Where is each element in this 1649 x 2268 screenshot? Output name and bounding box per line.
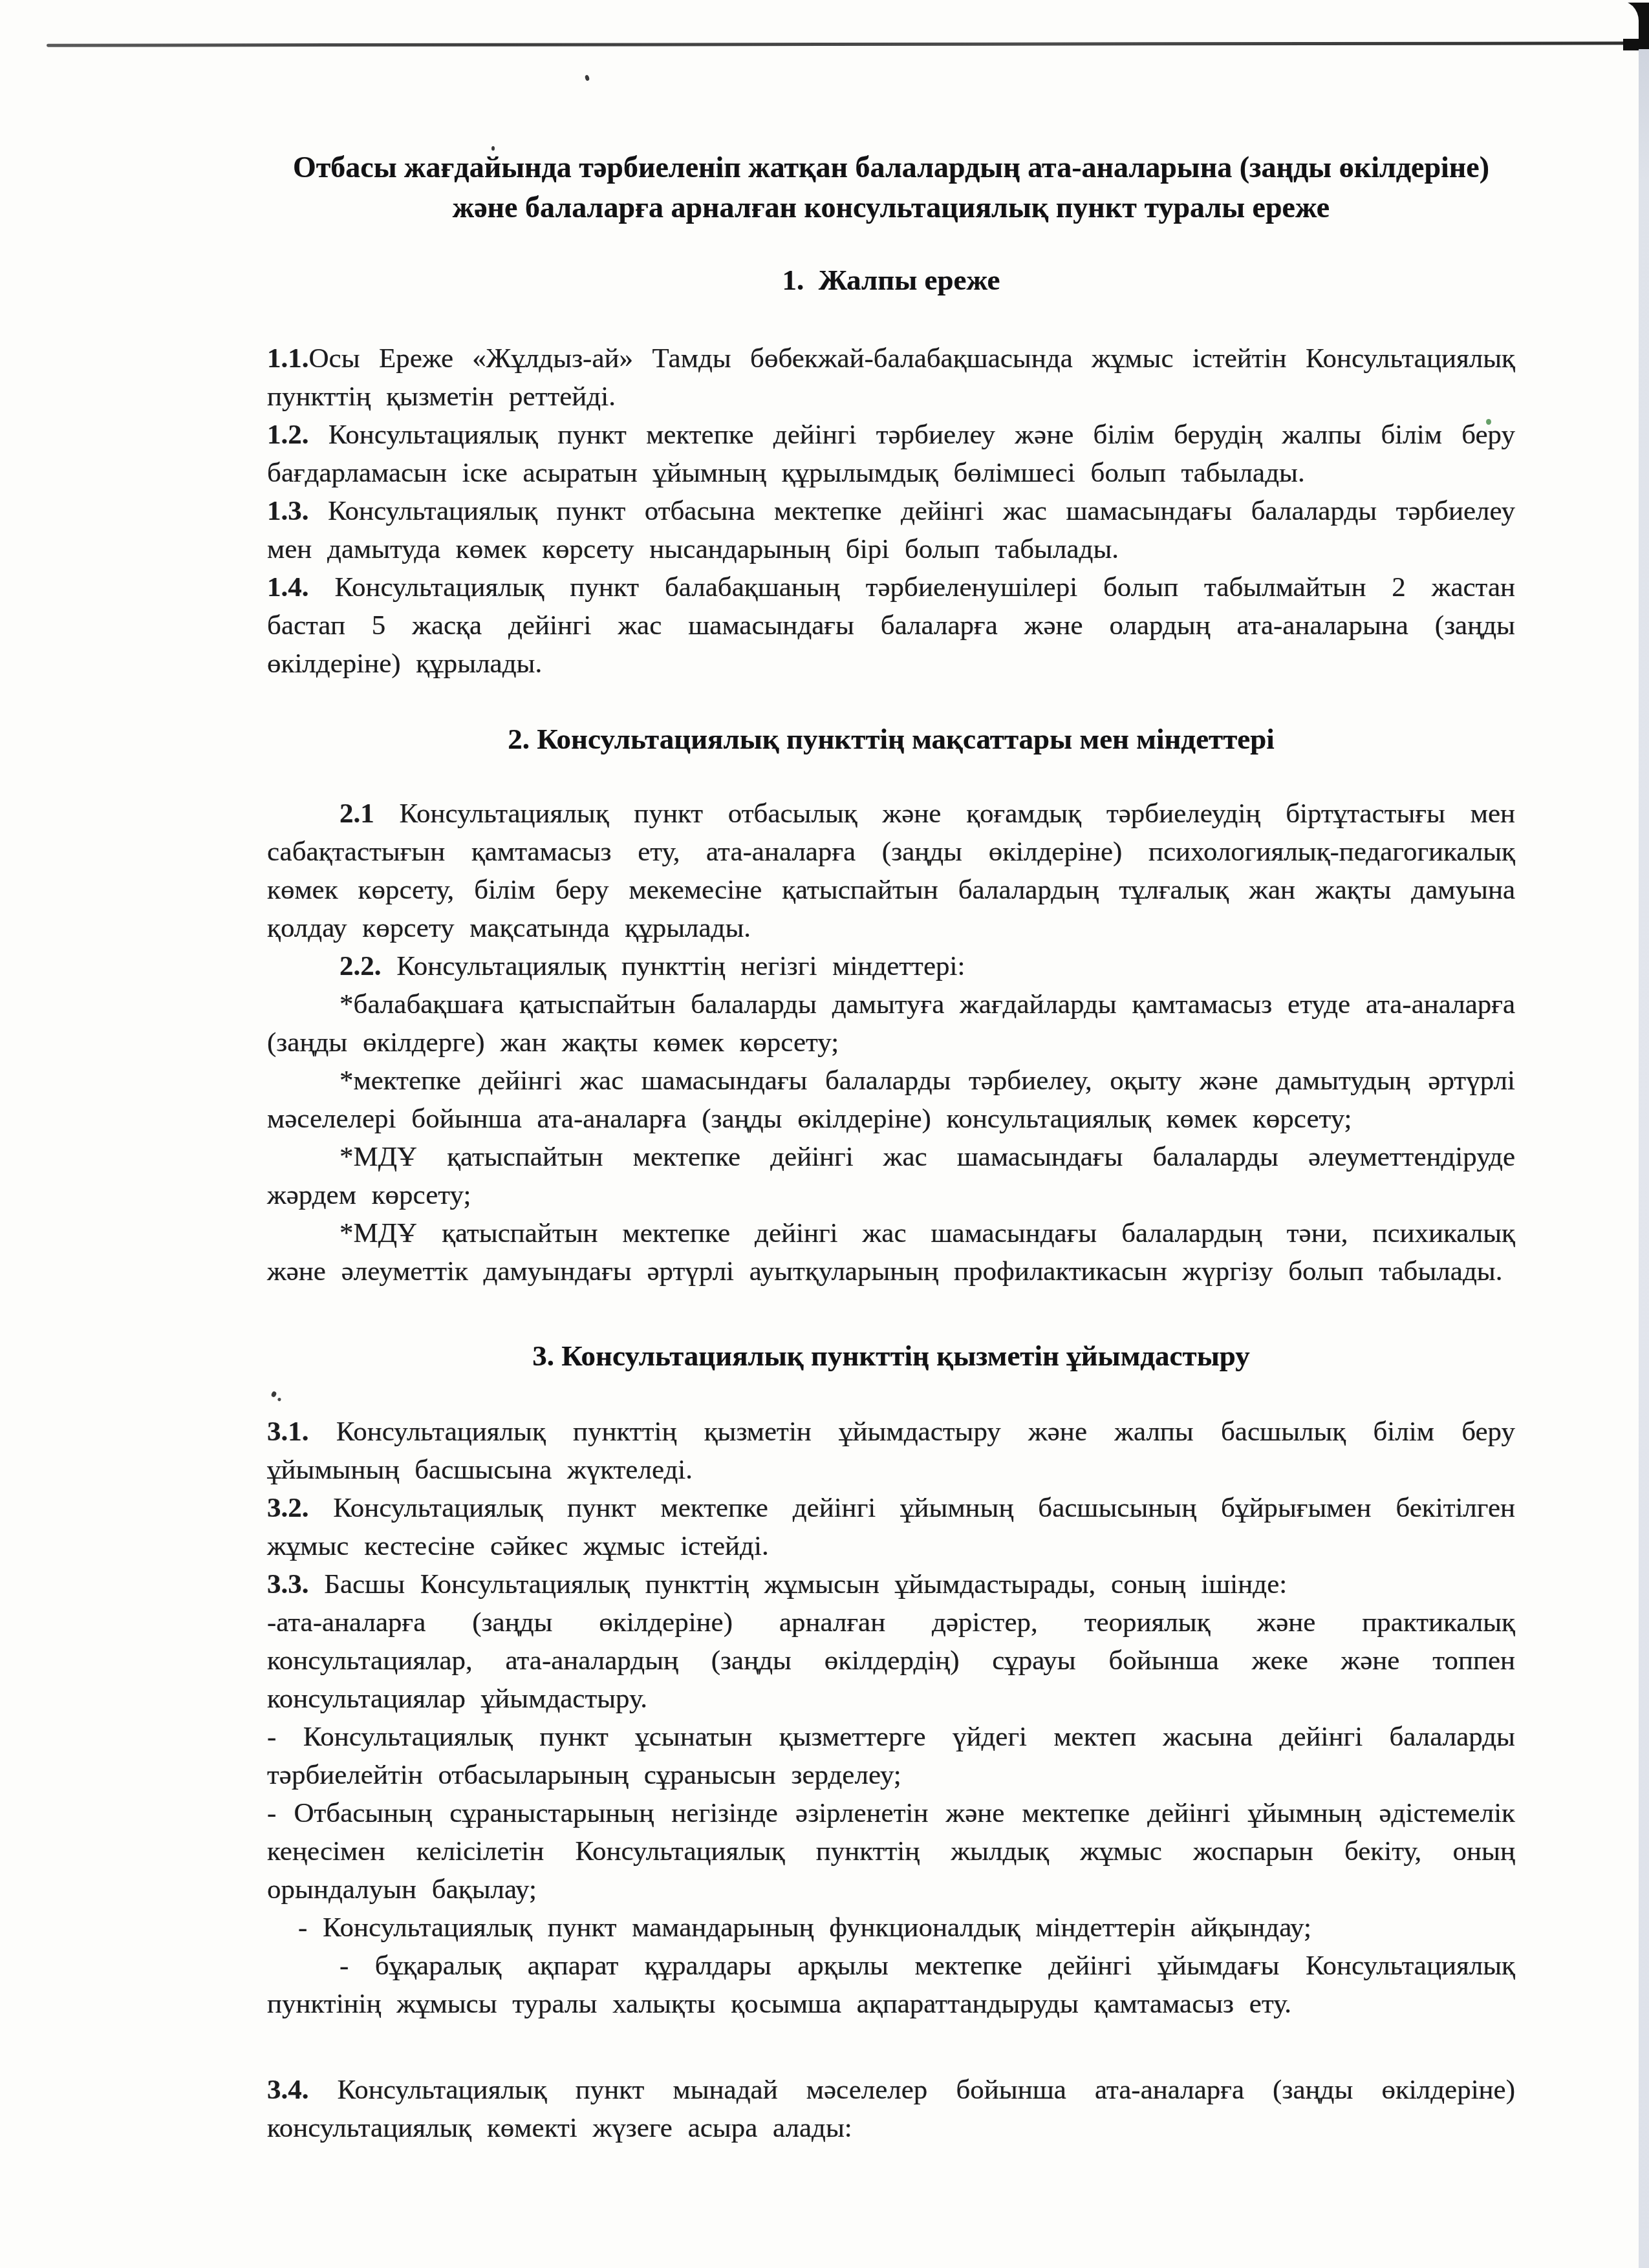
section-2-heading: 2. Консультациялық пункттің мақсаттары м… — [267, 720, 1515, 758]
clause-text: Басшы Консультациялық пункттің жұмысын ұ… — [309, 1569, 1288, 1599]
clause-text: Консультациялық пункт отбасына мектепке … — [267, 496, 1515, 564]
clause-text: Консультациялық пункт мынадай мәселелер … — [267, 2075, 1515, 2143]
clause-2-2: 2.2. Консультациялық пункттің негізгі мі… — [267, 947, 1515, 985]
section-1-heading: 1. Жалпы ереже — [267, 261, 1515, 299]
clause-1-1: 1.1.Осы Ереже «Жұлдыз-ай» Тамды бөбекжай… — [267, 339, 1515, 416]
clause-number: 1.2. — [267, 420, 309, 450]
dash-item: - бұқаралық ақпарат құралдары арқылы мек… — [267, 1947, 1515, 2023]
clause-number: 2.1 — [339, 798, 374, 829]
clause-number: 2.2. — [339, 951, 382, 981]
document-content: Отбасы жағдайында тәрбиеленіп жатқан бал… — [267, 0, 1515, 2147]
clause-text: Консультациялық пункт мектепке дейінгі т… — [267, 420, 1515, 488]
dash-item: -ата-аналарға (заңды өкілдеріне) арналға… — [267, 1603, 1515, 1718]
clause-3-1: 3.1. Консультациялық пункттің қызметін ұ… — [267, 1413, 1515, 1489]
clause-text: - Отбасының сұраныстарының негізінде әзі… — [267, 1798, 1515, 1905]
clause-text: Консультациялық пункт отбасылық және қоғ… — [267, 798, 1515, 943]
scan-artifact-corner-white — [1596, 0, 1639, 39]
clause-text: *мектепке дейінгі жас шамасындағы балала… — [267, 1065, 1515, 1134]
clause-number: 3.4. — [267, 2075, 309, 2105]
clause-1-2: 1.2. Консультациялық пункт мектепке дейі… — [267, 416, 1515, 492]
document-title: Отбасы жағдайында тәрбиеленіп жатқан бал… — [286, 147, 1496, 228]
clause-text: Консультациялық пункт мектепке дейінгі ұ… — [267, 1493, 1515, 1561]
section-3-heading: 3. Консультациялық пункттің қызметін ұйы… — [267, 1337, 1515, 1375]
clause-text: *МДҰ қатыспайтын мектепке дейінгі жас ша… — [267, 1218, 1515, 1287]
clause-text: Консультациялық пункт балабақшаның тәрби… — [267, 572, 1515, 679]
clause-2-1: 2.1 Консультациялық пункт отбасылық және… — [267, 795, 1515, 947]
clause-3-2: 3.2. Консультациялық пункт мектепке дейі… — [267, 1489, 1515, 1565]
clause-3-3: 3.3. Басшы Консультациялық пункттің жұмы… — [267, 1565, 1515, 1603]
dash-item: - Консультациялық пункт ұсынатын қызметт… — [267, 1718, 1515, 1794]
dash-item: - Консультациялық пункт мамандарының фун… — [267, 1909, 1515, 1947]
clause-number: 3.3. — [267, 1569, 309, 1599]
clause-text: Осы Ереже «Жұлдыз-ай» Тамды бөбекжай-бал… — [267, 343, 1515, 412]
clause-text: - бұқаралық ақпарат құралдары арқылы мек… — [267, 1951, 1515, 2019]
clause-text: - Консультациялық пункт ұсынатын қызметт… — [267, 1722, 1515, 1790]
clause-number: 3.1. — [267, 1417, 309, 1447]
clause-number: 1.1. — [267, 343, 309, 374]
bullet-item: *МДҰ қатыспайтын мектепке дейінгі жас ша… — [267, 1214, 1515, 1290]
clause-text: Консультациялық пункттің қызметін ұйымда… — [267, 1417, 1515, 1485]
clause-text: *МДҰ қатыспайтын мектепке дейінгі жас ша… — [267, 1142, 1515, 1210]
bullet-item: *мектепке дейінгі жас шамасындағы балала… — [267, 1062, 1515, 1138]
bullet-item: *МДҰ қатыспайтын мектепке дейінгі жас ша… — [267, 1138, 1515, 1214]
dash-item: - Отбасының сұраныстарының негізінде әзі… — [267, 1794, 1515, 1909]
clause-text: - Консультациялық пункт мамандарының фун… — [298, 1912, 1311, 1943]
clause-number: 1.4. — [267, 572, 309, 603]
scan-artifact-edge-strip — [1639, 49, 1649, 2268]
clause-number: 1.3. — [267, 496, 309, 526]
clause-text: -ата-аналарға (заңды өкілдеріне) арналға… — [267, 1607, 1515, 1714]
clause-1-3: 1.3. Консультациялық пункт отбасына мект… — [267, 492, 1515, 568]
clause-text: *балабақшаға қатыспайтын балаларды дамыт… — [267, 989, 1515, 1058]
clause-1-4: 1.4. Консультациялық пункт балабақшаның … — [267, 568, 1515, 683]
clause-number: 3.2. — [267, 1493, 309, 1523]
bullet-item: *балабақшаға қатыспайтын балаларды дамыт… — [267, 985, 1515, 1062]
clause-3-4: 3.4. Консультациялық пункт мынадай мәсел… — [267, 2071, 1515, 2147]
scanned-document-page: Отбасы жағдайында тәрбиеленіп жатқан бал… — [0, 0, 1649, 2268]
clause-text: Консультациялық пункттің негізгі міндетт… — [382, 951, 965, 981]
